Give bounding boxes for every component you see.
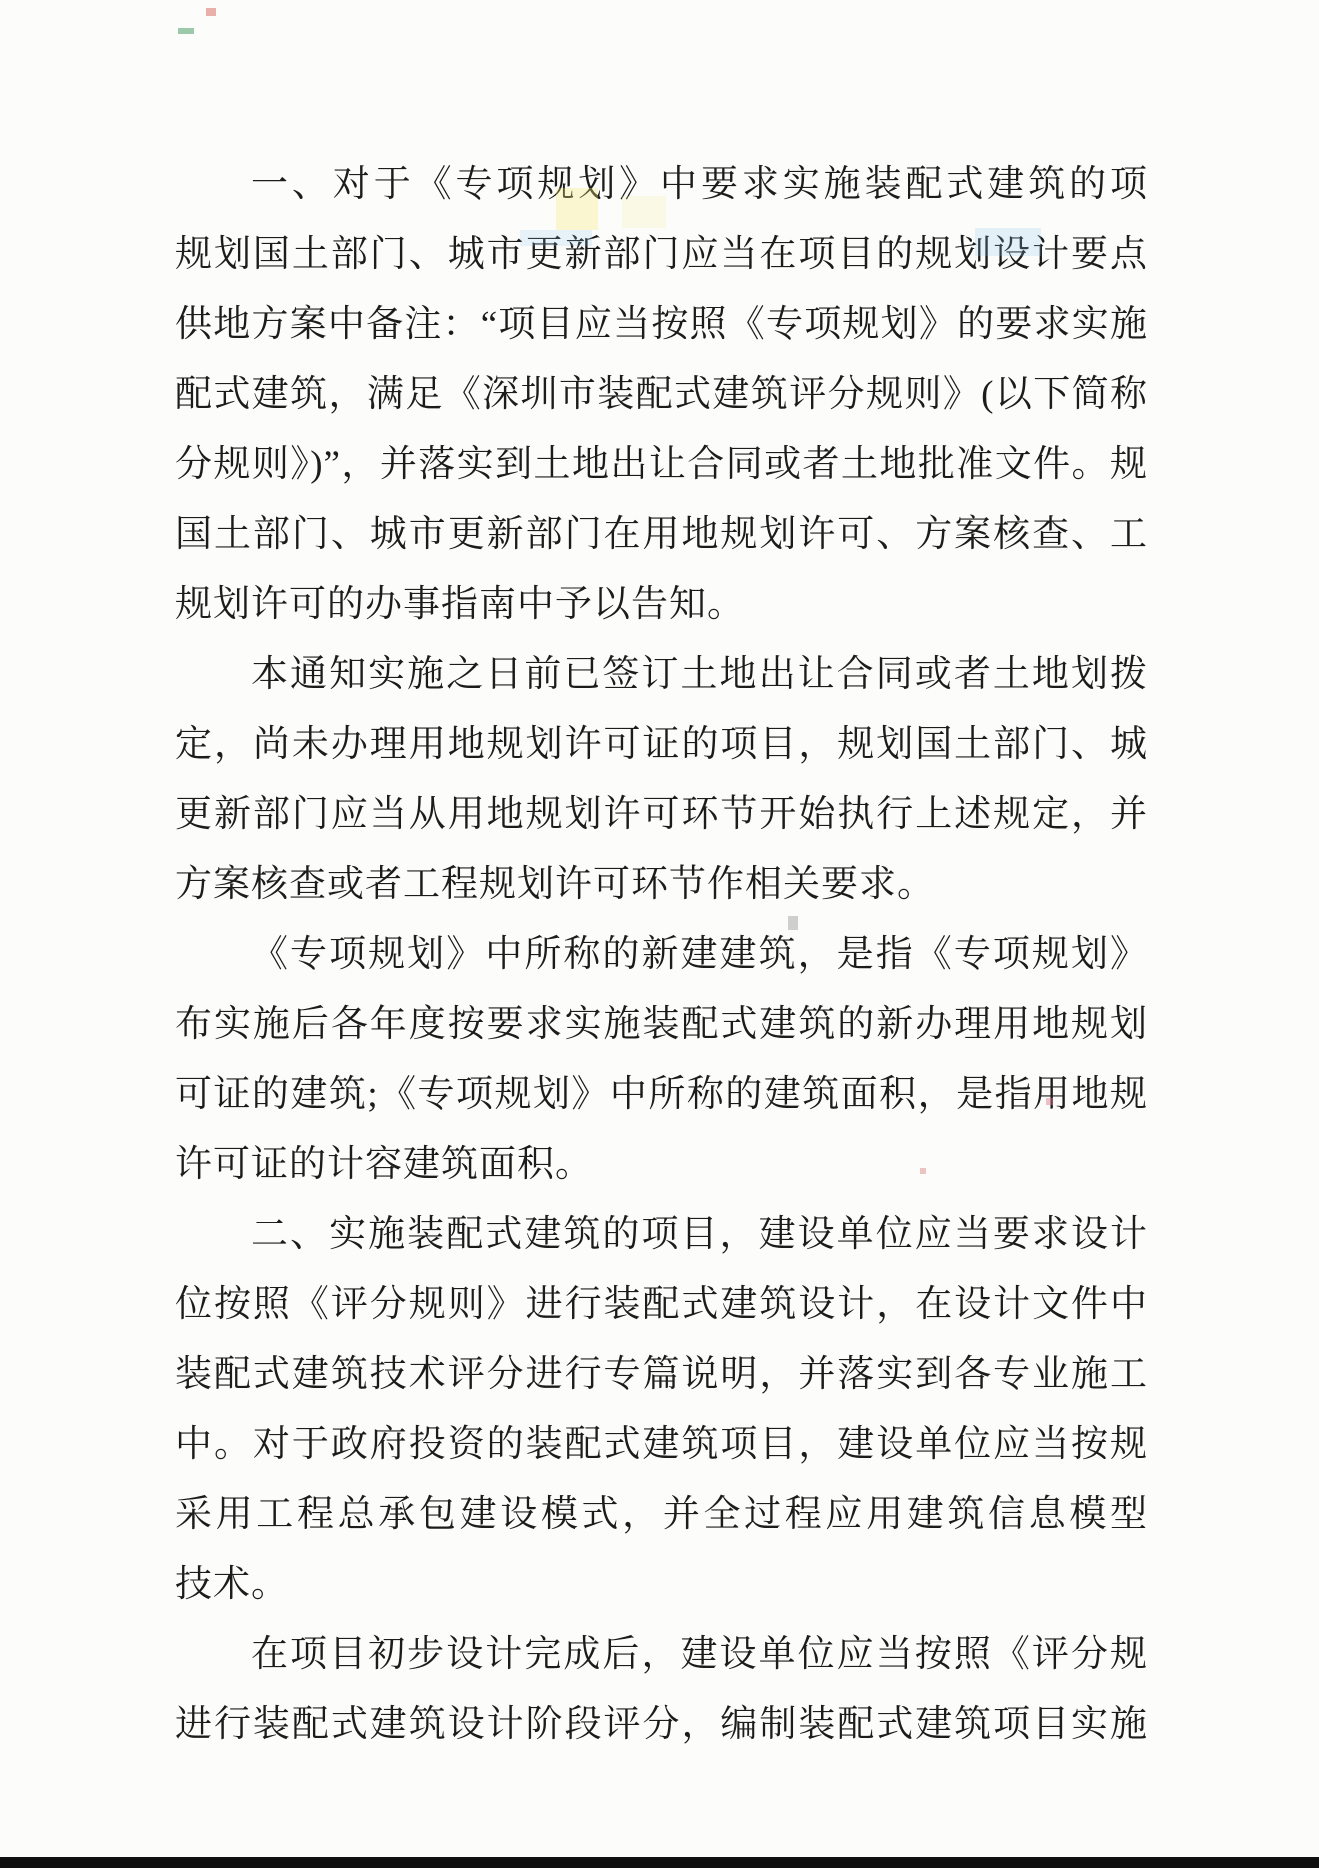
text-line: 国土部门、城市更新部门在用地规划许可、方案核查、工程 xyxy=(175,500,1148,570)
text-line: 供地方案中备注：“项目应当按照《专项规划》的要求实施装 xyxy=(175,290,1148,360)
text-line: 进行装配式建筑设计阶段评分，编制装配式建筑项目实施方 xyxy=(175,1690,1148,1760)
text-line: 规划许可的办事指南中予以告知。 xyxy=(175,570,1148,640)
text-line: 中。对于政府投资的装配式建筑项目，建设单位应当按规定 xyxy=(175,1410,1148,1480)
text-line: 装配式建筑技术评分进行专篇说明，并落实到各专业施工图 xyxy=(175,1340,1148,1410)
text-line: 《专项规划》中所称的新建建筑，是指《专项规划》发 xyxy=(175,920,1148,990)
text-line: 采用工程总承包建设模式，并全过程应用建筑信息模型(BIM) xyxy=(175,1480,1148,1550)
text-line: 更新部门应当从用地规划许可环节开始执行上述规定，并在 xyxy=(175,780,1148,850)
scan-noise-mark xyxy=(206,8,216,16)
scan-noise-mark xyxy=(178,28,194,34)
text-line: 配式建筑，满足《深圳市装配式建筑评分规则》(以下简称《评 xyxy=(175,360,1148,430)
text-line: 本通知实施之日前已签订土地出让合同或者土地划拨决 xyxy=(175,640,1148,710)
text-line: 可证的建筑;《专项规划》中所称的建筑面积，是指用地规划 xyxy=(175,1060,1148,1130)
text-line: 定，尚未办理用地规划许可证的项目，规划国土部门、城市 xyxy=(175,710,1148,780)
text-line: 在项目初步设计完成后，建设单位应当按照《评分规则》 xyxy=(175,1620,1148,1690)
text-line: 技术。 xyxy=(175,1550,1148,1620)
text-line: 规划国土部门、城市更新部门应当在项目的规划设计要点和 xyxy=(175,220,1148,290)
text-line: 方案核查或者工程规划许可环节作相关要求。 xyxy=(175,850,1148,920)
text-line: 位按照《评分规则》进行装配式建筑设计，在设计文件中对 xyxy=(175,1270,1148,1340)
text-line: 一、对于《专项规划》中要求实施装配式建筑的项目， xyxy=(175,150,1148,220)
text-line: 布实施后各年度按要求实施装配式建筑的新办理用地规划许 xyxy=(175,990,1148,1060)
text-line: 许可证的计容建筑面积。 xyxy=(175,1130,1148,1200)
text-line: 二、实施装配式建筑的项目，建设单位应当要求设计单 xyxy=(175,1200,1148,1270)
scan-edge-bar xyxy=(0,1857,1319,1868)
document-body: 一、对于《专项规划》中要求实施装配式建筑的项目，规划国土部门、城市更新部门应当在… xyxy=(175,150,1148,1760)
text-line: 分规则》)”，并落实到土地出让合同或者土地批准文件。规划 xyxy=(175,430,1148,500)
scanned-page: 一、对于《专项规划》中要求实施装配式建筑的项目，规划国土部门、城市更新部门应当在… xyxy=(0,0,1319,1868)
